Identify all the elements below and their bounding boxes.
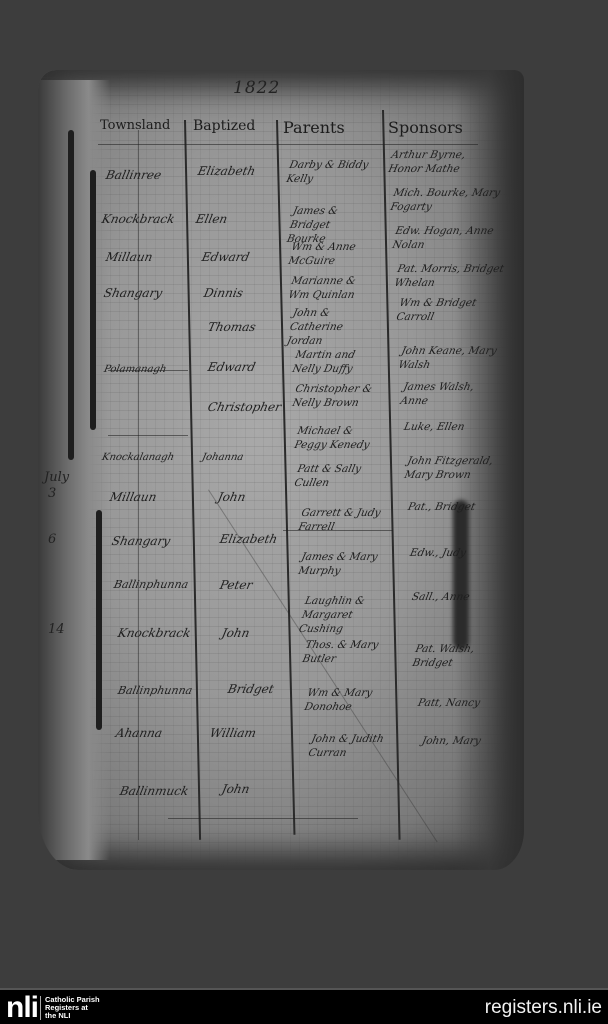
entry-baptized: Thomas [207,320,258,334]
site-url-link[interactable]: registers.nli.ie [485,997,602,1019]
entry-sponsors: John Fitzgerald, Mary Brown [403,454,499,482]
entry-parents: Wm & Mary Donohoe [303,686,399,714]
entry-baptized: William [209,726,258,740]
entry-parents: Laughlin & Margaret Cushing [298,594,392,636]
entry-townsland: Polamanagh [103,364,168,375]
entry-sponsors: James Walsh, Anne [399,380,495,408]
entry-townsland: Millaun [109,490,158,504]
row-rule [108,435,188,436]
entry-baptized: Bridget [227,682,276,696]
entry-parents: Martin and Nelly Duffy [291,348,377,376]
entry-townsland: Ballinree [105,168,163,182]
entry-baptized: John [221,626,251,640]
header-rule [98,144,478,145]
margin-date: 6 [48,532,56,547]
entry-parents: Darby & Biddy Kelly [285,158,371,186]
binding-shadow [453,500,469,650]
entry-sponsors: John Keane, Mary Walsh [397,344,503,372]
tear-mark [90,170,96,430]
entry-baptized: Elizabeth [197,164,257,178]
entry-parents: James & Mary Murphy [297,550,383,578]
entry-townsland: Knockbrack [101,212,176,226]
margin-date: 3 [48,486,56,501]
entry-baptized: Edward [207,360,257,374]
entry-baptized: Elizabeth [219,532,279,546]
entry-townsland: Ballinphunna [117,684,194,697]
entry-sponsors: Edw. Hogan, Anne Nolan [391,224,507,252]
entry-townsland: Millaun [105,250,154,264]
entry-parents: Michael & Peggy Kenedy [293,424,379,452]
entry-parents: Christopher & Nelly Brown [291,382,377,410]
entry-townsland: Knockbrack [117,626,192,640]
entry-baptized: Dinnis [203,286,245,300]
entry-sponsors: Sall., Anne [411,590,474,604]
entry-baptized: Peter [219,578,254,592]
column-header-townsland: Townsland [100,118,170,133]
column-header-sponsors: Sponsors [388,118,463,137]
entry-parents: John & Judith Curran [307,732,398,760]
entry-baptized: Edward [201,250,251,264]
entry-sponsors: Pat., Bridget [407,500,480,514]
entry-baptized: Ellen [195,212,229,226]
bottom-rule [168,818,358,819]
margin-date: 14 [48,622,65,637]
image-viewer[interactable]: 1822 Townsland Baptized Parents Sponsors… [0,0,608,988]
register-page-scan: 1822 Townsland Baptized Parents Sponsors… [38,70,524,870]
nli-logo[interactable]: nli [6,994,38,1022]
margin-date: July [44,470,69,485]
entry-sponsors: Wm & Bridget Carroll [395,296,511,324]
entry-sponsors: Luke, Ellen [403,420,486,434]
entry-parents: Garrett & Judy Farrell [297,506,383,534]
footer-bar: nli Catholic Parish Registers at the NLI… [0,988,608,1024]
entry-baptized: Johanna [201,452,245,463]
tear-mark [96,510,102,730]
entry-parents: Patt & Sally Cullen [293,462,379,490]
year-heading: 1822 [233,78,280,98]
logo-divider [40,996,41,1020]
entry-sponsors: Pat. Walsh, Bridget [411,642,517,670]
entry-townsland: Ballinmuck [119,784,190,798]
entry-townsland: Ahanna [115,726,164,740]
entry-baptized: John [217,490,247,504]
entry-townsland: Shangary [111,534,172,548]
entry-sponsors: Arthur Byrne, Honor Mathe [387,148,503,176]
entry-sponsors: John, Mary [421,734,484,748]
entry-townsland: Ballinphunna [113,578,190,591]
logo-caption: Catholic Parish Registers at the NLI [45,996,100,1020]
entry-sponsors: Mich. Bourke, Mary Fogarty [389,186,505,214]
entry-parents: Thos. & Mary Butler [301,638,387,666]
entry-baptized: Christopher [207,400,283,414]
entry-sponsors: Pat. Morris, Bridget Whelan [393,262,509,290]
column-header-baptized: Baptized [193,118,255,134]
entry-townsland: Shangary [103,286,164,300]
entry-parents: Wm & Anne McGuire [287,240,373,268]
entry-sponsors: Patt, Nancy [417,696,500,710]
logo-caption-line: the NLI [45,1012,100,1020]
column-header-parents: Parents [283,118,345,137]
entry-parents: Marianne & Wm Quinlan [287,274,373,302]
entry-baptized: John [221,782,251,796]
entry-parents: John & Catherine Jordan [286,306,375,348]
entry-sponsors: Edw., Judy [409,546,472,560]
entry-townsland: Knockalanagh [101,452,175,463]
tear-mark [68,130,74,460]
